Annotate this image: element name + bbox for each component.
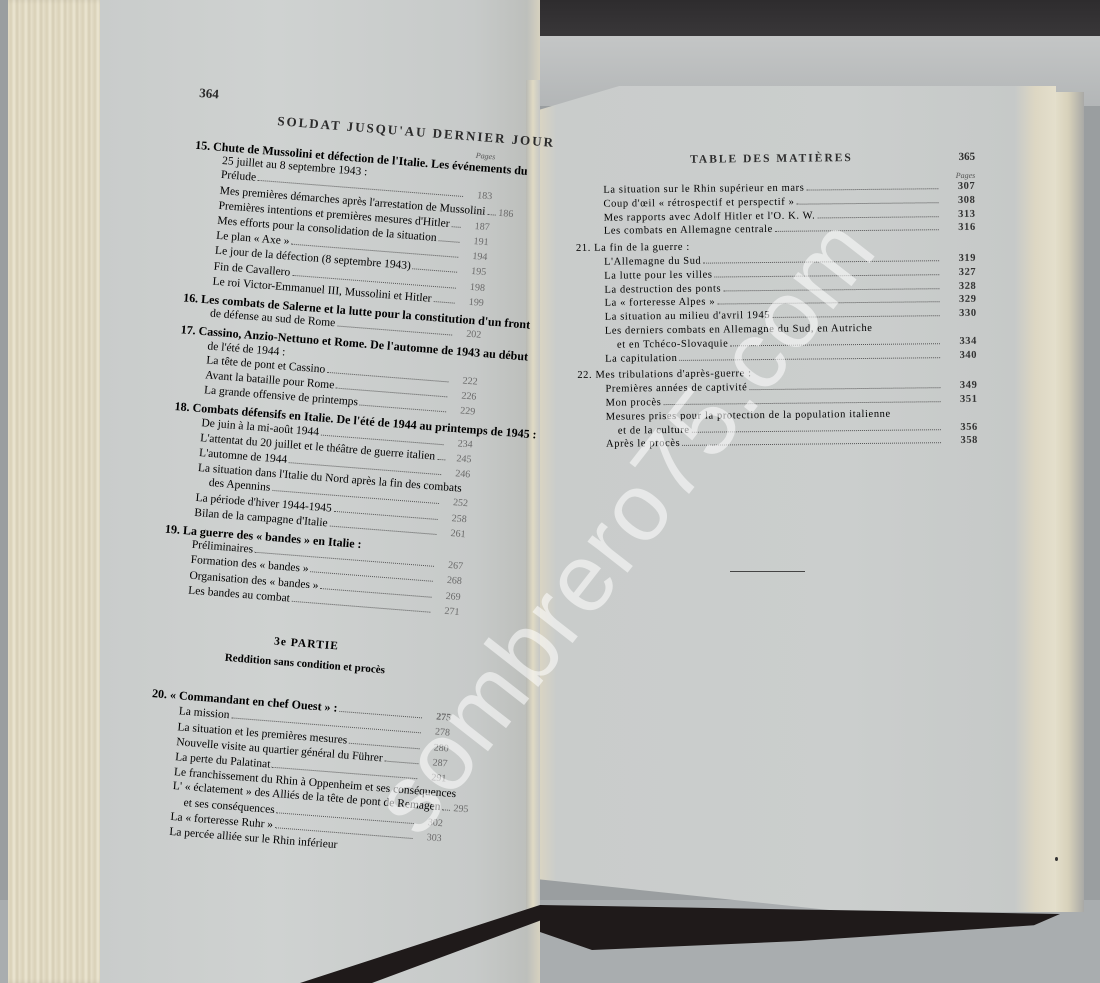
toc-page-number: 186	[498, 206, 514, 221]
toc-page-number	[337, 848, 363, 850]
toc-page-number: 234	[446, 436, 473, 452]
book-spine	[526, 80, 540, 920]
toc-entry-title: L'Allemagne du Sud	[604, 255, 701, 270]
toc-page-number: 356	[944, 420, 978, 434]
toc-page-number: 328	[942, 279, 976, 293]
toc-page-number	[367, 176, 393, 178]
toc-page-number: 307	[941, 180, 975, 194]
toc-page-number: 187	[463, 219, 490, 235]
toc-page-number: 258	[440, 511, 467, 527]
toc-page-number: 271	[433, 604, 460, 620]
toc-page-number: 358	[944, 434, 978, 448]
toc-page-number: 245	[447, 451, 472, 467]
toc-page-number: 351	[944, 393, 978, 407]
running-head: TABLE DES MATIÈRES	[690, 152, 853, 166]
toc-entry-title: Mes rapports avec Adolf Hitler et l'O. K…	[604, 209, 816, 225]
page-number: 365	[958, 151, 975, 163]
toc-entry-title: La destruction des ponts	[604, 282, 721, 297]
toc-page-number: 327	[942, 266, 976, 280]
toc-page-number: 261	[439, 526, 466, 542]
toc-page-number: 269	[434, 589, 461, 605]
dot-leader	[413, 269, 458, 273]
dot-leader	[337, 326, 452, 336]
dot-leader	[806, 188, 938, 190]
toc-page-number: 330	[943, 307, 977, 321]
toc-page-number: 229	[449, 404, 476, 420]
toc-page-number: 308	[941, 194, 975, 208]
toc-page-number: 222	[451, 374, 478, 390]
dot-leader	[437, 459, 445, 461]
dot-leader	[292, 601, 431, 613]
toc-page-number: 252	[441, 496, 468, 512]
toc-page-number: 316	[942, 221, 976, 235]
toc-entry-title: La « forteresse Alpes »	[604, 296, 715, 311]
toc-page-number: 199	[457, 295, 484, 311]
toc-page-number: 202	[455, 327, 482, 343]
toc-entry-title: 21. La fin de la guerre :	[576, 241, 690, 256]
dot-leader	[438, 240, 459, 243]
toc-page-number: 191	[462, 234, 489, 250]
toc-page-number: 313	[942, 207, 976, 221]
dot-leader	[451, 226, 460, 228]
speck	[1055, 857, 1058, 861]
toc-page-number	[285, 355, 311, 357]
dot-leader	[329, 525, 436, 534]
toc-page-number: 226	[450, 389, 477, 405]
toc-page-number: 349	[943, 379, 977, 393]
toc-page-number: 329	[942, 293, 976, 307]
book-page-edges	[8, 0, 108, 983]
dot-leader	[433, 301, 454, 304]
toc-entry-title: La capitulation	[605, 352, 677, 367]
toc-page-number: 198	[458, 280, 485, 296]
toc-page-number: 195	[460, 264, 487, 280]
toc-page-number	[361, 548, 387, 550]
toc-entry-title: Prélude	[220, 168, 256, 185]
toc-page-number: 340	[943, 348, 977, 362]
toc-entry: Les combats en Allemagne centrale316	[576, 221, 976, 239]
right-page-edges	[1052, 92, 1084, 912]
end-rule	[730, 571, 805, 572]
dot-leader	[487, 214, 495, 216]
toc-page-number: 319	[942, 252, 976, 266]
toc-list: 15. Chute de Mussolini et défection de l…	[160, 138, 495, 620]
dot-leader	[360, 405, 446, 413]
toc-page-number: 194	[461, 249, 488, 265]
toc-page-number	[461, 492, 468, 493]
toc-page-number: 334	[943, 335, 977, 349]
toc-page-number: 267	[436, 558, 463, 574]
toc-entry-title: Les combats en Allemagne centrale	[604, 223, 773, 239]
toc-entry-title: La lutte pour les villes	[604, 268, 712, 283]
toc-page-number: 268	[435, 574, 462, 590]
